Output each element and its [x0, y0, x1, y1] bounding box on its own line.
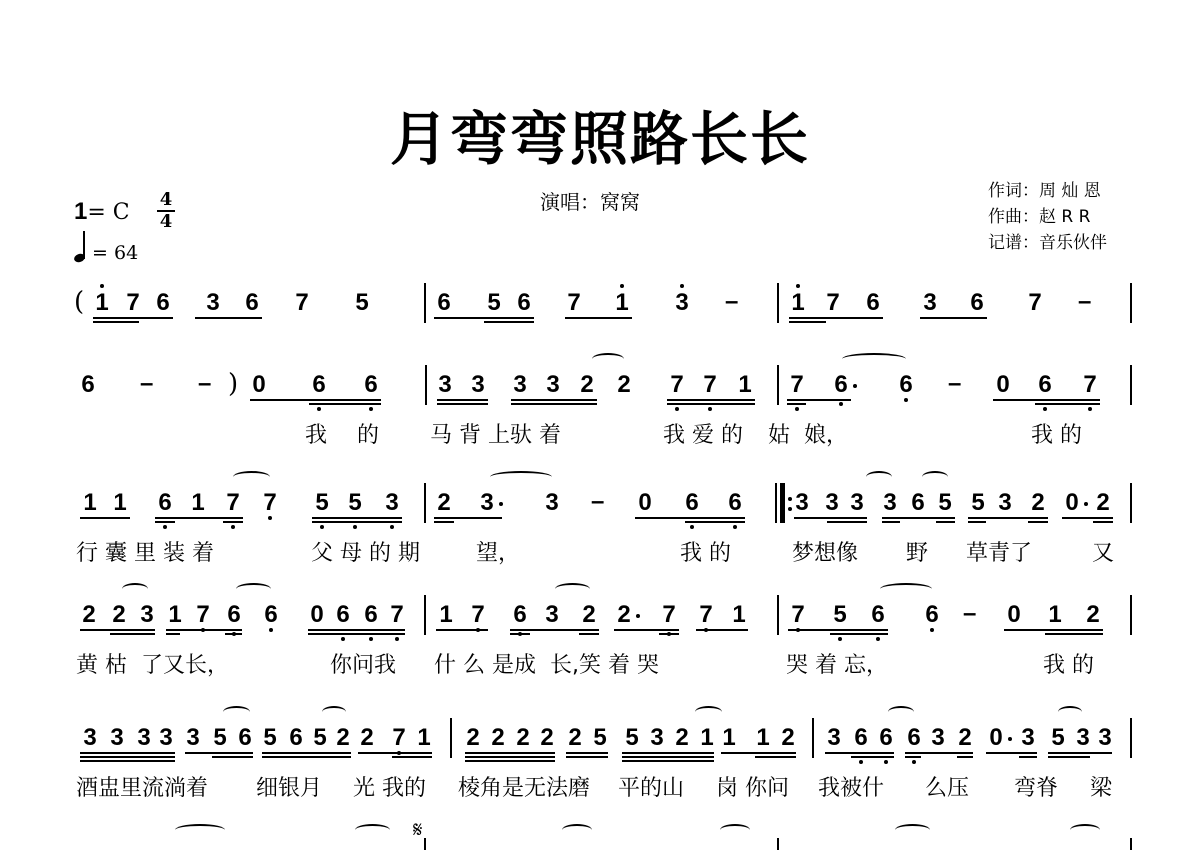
lyric: 马 背 上驮 着 — [430, 423, 561, 449]
octave-dot-below — [320, 525, 324, 529]
note-6: 6 — [725, 489, 745, 517]
lyric: 我 的 — [1043, 653, 1094, 679]
underline-beam — [434, 521, 454, 523]
note-6: 6 — [261, 601, 281, 629]
lyric: 你问我 — [330, 653, 396, 679]
underline-beam — [80, 752, 175, 754]
underline-beam — [614, 629, 679, 631]
note-6: 6 — [333, 601, 353, 629]
note-2: 2 — [614, 371, 634, 399]
note-2: 2 — [778, 724, 798, 752]
lyric: 哭 着 忘， — [786, 653, 888, 679]
note-6: 6 — [868, 601, 888, 629]
underline-beam — [986, 752, 1037, 754]
note-7: 7 — [292, 289, 312, 317]
tempo-value: = 64 — [92, 242, 138, 264]
note-2: 2 — [614, 601, 634, 629]
underline-beam — [155, 521, 175, 523]
underline-beam — [788, 629, 888, 631]
augmentation-dot — [853, 384, 857, 388]
augmentation-dot — [1008, 737, 1012, 741]
octave-dot-below — [1088, 407, 1092, 411]
note-3: 3 — [137, 601, 157, 629]
note-3: 3 — [107, 724, 127, 752]
note-7: 7 — [787, 371, 807, 399]
note-5: 5 — [484, 289, 504, 317]
barline — [424, 483, 426, 523]
underline-beam — [212, 756, 253, 758]
augmentation-dot — [636, 614, 640, 618]
note-5: 5 — [352, 289, 372, 317]
song-title: 月弯弯照路长长 — [0, 92, 1200, 176]
time-signature: 4 4 — [156, 190, 176, 232]
lyric: 黄 枯 了又长， — [76, 653, 229, 679]
underline-beam — [622, 756, 714, 758]
note-1: 1 — [80, 489, 100, 517]
underline-beam — [262, 756, 351, 758]
note-1: 1 — [1045, 601, 1065, 629]
underline-beam — [510, 629, 599, 631]
note-3: 3 — [928, 724, 948, 752]
barline — [1130, 283, 1132, 323]
note-5: 5 — [345, 489, 365, 517]
lyric: 平的山 — [618, 776, 684, 802]
note-1: 1 — [753, 724, 773, 752]
note-3: 3 — [382, 489, 402, 517]
underline-beam — [968, 521, 986, 523]
barline — [425, 365, 427, 405]
underline-beam — [434, 517, 502, 519]
repeat-thick-bar — [780, 483, 785, 523]
underline-beam — [250, 399, 381, 401]
note-2: 2 — [579, 601, 599, 629]
underline-beam — [93, 321, 139, 323]
note-6: 6 — [851, 724, 871, 752]
barline — [1130, 838, 1132, 850]
lyric: 我被什 — [818, 776, 884, 802]
underline-beam — [308, 633, 405, 635]
note-1: 1 — [729, 601, 749, 629]
underline-beam — [93, 317, 173, 319]
note-7: 7 — [667, 371, 687, 399]
lyric: 细银月 — [256, 776, 322, 802]
note-6: 6 — [514, 289, 534, 317]
barline — [1130, 718, 1132, 758]
underline-beam — [830, 633, 888, 635]
note-6: 6 — [361, 371, 381, 399]
underline-beam — [622, 760, 714, 762]
barline — [777, 283, 779, 323]
underline-beam — [566, 752, 608, 754]
note-7: 7 — [564, 289, 584, 317]
lyric: 我 的 — [680, 541, 731, 567]
octave-dot-below — [904, 398, 908, 402]
lyricist-credit: 作词：周 灿 恩 — [988, 178, 1107, 204]
note-0: 0 — [307, 601, 327, 629]
underline-beam — [1004, 629, 1103, 631]
slur-tie — [895, 824, 930, 836]
octave-dot-above — [100, 284, 104, 288]
segno-icon: 𝄋 — [413, 818, 422, 843]
note-2: 2 — [577, 371, 597, 399]
underline-beam — [1035, 403, 1100, 405]
octave-dot-below — [163, 525, 167, 529]
octave-dot-below — [341, 637, 345, 641]
underline-beam — [437, 399, 488, 401]
note-3: 3 — [672, 289, 692, 317]
underline-beam — [510, 633, 530, 635]
note-6: 6 — [922, 601, 942, 629]
slur-tie — [880, 583, 932, 595]
note-0: 0 — [993, 371, 1013, 399]
slur-tie — [842, 353, 906, 365]
note-6: 6 — [309, 371, 329, 399]
note-6: 6 — [434, 289, 454, 317]
underline-beam — [155, 517, 243, 519]
underline-beam — [465, 752, 555, 754]
dash-sustain: – — [591, 488, 604, 516]
slur-tie — [562, 824, 592, 836]
lyric: 光 我的 — [353, 776, 426, 802]
lyric: 酒盅里流淌着 — [76, 776, 208, 802]
underline-beam — [825, 752, 894, 754]
barline — [424, 838, 426, 850]
underline-beam — [635, 517, 745, 519]
transcriber-credit: 记谱：音乐伙伴 — [988, 230, 1107, 256]
underline-beam — [968, 517, 1048, 519]
note-1: 1 — [165, 601, 185, 629]
underline-beam — [565, 317, 632, 319]
slur-tie — [122, 583, 148, 595]
note-5: 5 — [210, 724, 230, 752]
note-3: 3 — [1073, 724, 1093, 752]
octave-dot-below — [231, 525, 235, 529]
underline-beam — [511, 399, 597, 401]
augmentation-dot — [499, 502, 503, 506]
underline-beam — [905, 752, 973, 754]
note-7: 7 — [223, 489, 243, 517]
underline-beam — [110, 633, 155, 635]
credits-block: 作词：周 灿 恩 作曲：赵 R R 记谱：音乐伙伴 — [988, 178, 1107, 256]
note-3: 3 — [80, 724, 100, 752]
note-6: 6 — [908, 489, 928, 517]
barline — [1130, 483, 1132, 523]
dash-sustain: – — [198, 370, 211, 398]
note-7: 7 — [823, 289, 843, 317]
note-0: 0 — [986, 724, 1006, 752]
key-signature: 1= C — [74, 198, 130, 226]
slur-tie — [695, 706, 722, 718]
underline-beam — [920, 317, 987, 319]
note-2: 2 — [488, 724, 508, 752]
slur-tie — [322, 706, 346, 718]
note-3: 3 — [792, 489, 812, 517]
note-0: 0 — [635, 489, 655, 517]
slur-tie — [555, 583, 590, 595]
note-3: 3 — [477, 489, 497, 517]
underline-beam — [262, 752, 351, 754]
repeat-thin-bar — [775, 483, 777, 523]
octave-dot-below — [795, 407, 799, 411]
note-5: 5 — [830, 601, 850, 629]
note-3: 3 — [1095, 724, 1115, 752]
underline-beam — [166, 633, 180, 635]
note-7: 7 — [788, 601, 808, 629]
note-6: 6 — [904, 724, 924, 752]
lyric: 行 囊 里 装 着 — [76, 541, 214, 567]
octave-dot-below — [369, 637, 373, 641]
barline — [777, 365, 779, 405]
underline-beam — [312, 521, 402, 523]
octave-dot-below — [369, 407, 373, 411]
underline-beam — [566, 756, 608, 758]
octave-dot-below — [353, 525, 357, 529]
dash-sustain: – — [963, 600, 976, 628]
note-2: 2 — [537, 724, 557, 752]
lyric: 岗 你问 — [716, 776, 789, 802]
underline-beam — [511, 403, 597, 405]
underline-beam — [80, 756, 175, 758]
note-5: 5 — [622, 724, 642, 752]
note-2: 2 — [565, 724, 585, 752]
underline-beam — [851, 756, 894, 758]
note-3: 3 — [822, 489, 842, 517]
lyric: 棱角是无法磨 — [458, 776, 590, 802]
note-1: 1 — [788, 289, 808, 317]
underline-beam — [755, 756, 796, 758]
note-5: 5 — [260, 724, 280, 752]
note-3: 3 — [183, 724, 203, 752]
underline-beam — [185, 752, 253, 754]
underline-beam — [721, 752, 796, 754]
note-1: 1 — [697, 724, 717, 752]
underline-beam — [484, 321, 534, 323]
note-7: 7 — [389, 724, 409, 752]
key-tonic: 1 — [74, 198, 87, 225]
dash-sustain: – — [1078, 288, 1091, 316]
slur-tie — [233, 471, 270, 483]
octave-dot-below — [876, 637, 880, 641]
underline-beam — [1048, 756, 1090, 758]
note-1: 1 — [735, 371, 755, 399]
note-2: 2 — [1028, 489, 1048, 517]
slur-tie — [888, 706, 914, 718]
note-5: 5 — [590, 724, 610, 752]
octave-dot-below — [317, 407, 321, 411]
slur-tie — [175, 824, 225, 836]
octave-dot-below — [912, 760, 916, 764]
octave-dot-below — [859, 760, 863, 764]
note-7: 7 — [387, 601, 407, 629]
underline-beam — [1019, 756, 1037, 758]
note-3: 3 — [134, 724, 154, 752]
note-6: 6 — [224, 601, 244, 629]
note-3: 3 — [510, 371, 530, 399]
barline — [777, 595, 779, 635]
note-6: 6 — [155, 489, 175, 517]
note-1: 1 — [110, 489, 130, 517]
octave-dot-above — [796, 284, 800, 288]
note-3: 3 — [847, 489, 867, 517]
underline-beam — [685, 521, 745, 523]
octave-dot-below — [884, 760, 888, 764]
underline-beam — [80, 517, 130, 519]
lyric: 梦想像 — [792, 541, 858, 567]
underline-beam — [789, 317, 883, 319]
lyric: 父 母 的 期 — [311, 541, 420, 567]
singer-credit: 演唱：窝窝 — [540, 186, 640, 215]
note-2: 2 — [333, 724, 353, 752]
barline — [812, 718, 814, 758]
note-6: 6 — [361, 601, 381, 629]
lyric: 的 — [357, 423, 379, 449]
dash-sustain: – — [725, 288, 738, 316]
note-3: 3 — [824, 724, 844, 752]
barline — [424, 595, 426, 635]
slur-tie — [592, 353, 624, 365]
underline-beam — [437, 403, 488, 405]
lyric: 野 — [906, 541, 928, 567]
note-2: 2 — [109, 601, 129, 629]
slur-tie — [720, 824, 750, 836]
underline-beam — [993, 399, 1100, 401]
slur-tie — [1070, 824, 1100, 836]
underline-beam — [957, 756, 973, 758]
note-3: 3 — [920, 289, 940, 317]
note-6: 6 — [967, 289, 987, 317]
octave-dot-below — [268, 516, 272, 520]
slur-tie — [1058, 706, 1082, 718]
time-sig-bottom: 4 — [156, 212, 176, 232]
underline-beam — [882, 521, 900, 523]
note-3: 3 — [203, 289, 223, 317]
lyric: 梁 — [1090, 776, 1112, 802]
octave-dot-above — [680, 284, 684, 288]
octave-dot-below — [690, 525, 694, 529]
underline-beam — [223, 521, 243, 523]
underline-beam — [667, 399, 755, 401]
underline-beam — [1045, 633, 1103, 635]
note-6: 6 — [235, 724, 255, 752]
barline — [1130, 365, 1132, 405]
octave-dot-below — [930, 628, 934, 632]
note-6: 6 — [682, 489, 702, 517]
note-7: 7 — [696, 601, 716, 629]
note-2: 2 — [1093, 489, 1113, 517]
note-5: 5 — [935, 489, 955, 517]
underline-beam — [358, 752, 432, 754]
underline-beam — [905, 756, 921, 758]
note-6: 6 — [831, 371, 851, 399]
underline-beam — [787, 403, 806, 405]
note-7: 7 — [659, 601, 679, 629]
augmentation-dot — [1084, 502, 1088, 506]
note-6: 6 — [242, 289, 262, 317]
underline-beam — [312, 517, 402, 519]
key-text: = C — [87, 200, 129, 225]
note-3: 3 — [1018, 724, 1038, 752]
note-2: 2 — [955, 724, 975, 752]
underline-beam — [166, 629, 242, 631]
note-3: 3 — [468, 371, 488, 399]
note-2: 2 — [513, 724, 533, 752]
note-6: 6 — [286, 724, 306, 752]
note-7: 7 — [193, 601, 213, 629]
slur-tie — [223, 706, 250, 718]
quarter-note-icon — [74, 232, 86, 264]
underline-beam — [936, 521, 955, 523]
octave-dot-below — [269, 628, 273, 632]
octave-dot-below — [733, 525, 737, 529]
note-7: 7 — [260, 489, 280, 517]
dash-sustain: – — [948, 370, 961, 398]
underline-beam — [309, 403, 381, 405]
note-2: 2 — [463, 724, 483, 752]
octave-dot-above — [620, 284, 624, 288]
note-3: 3 — [435, 371, 455, 399]
underline-beam — [696, 629, 748, 631]
slur-tie — [490, 471, 552, 483]
paren-open: ( — [74, 288, 84, 316]
lyric: 什 么 是成 长,笑 着 哭 — [434, 653, 659, 679]
lyric: 望， — [476, 541, 520, 567]
tempo-marking: = 64 — [74, 232, 138, 264]
underline-beam — [465, 760, 555, 762]
lyric: 我 的 — [1031, 423, 1082, 449]
note-3: 3 — [995, 489, 1015, 517]
underline-beam — [80, 760, 175, 762]
note-1: 1 — [188, 489, 208, 517]
note-5: 5 — [968, 489, 988, 517]
octave-dot-below — [839, 402, 843, 406]
underline-beam — [308, 629, 405, 631]
octave-dot-below — [395, 637, 399, 641]
note-7: 7 — [1025, 289, 1045, 317]
underline-beam — [579, 633, 599, 635]
lyric: 弯脊 — [1014, 776, 1058, 802]
slur-tie — [355, 824, 390, 836]
note-0: 0 — [249, 371, 269, 399]
note-7: 7 — [123, 289, 143, 317]
lyric: 我 — [305, 423, 327, 449]
note-6: 6 — [510, 601, 530, 629]
underline-beam — [1093, 521, 1113, 523]
underline-beam — [195, 317, 262, 319]
underline-beam — [436, 629, 488, 631]
note-5: 5 — [310, 724, 330, 752]
note-7: 7 — [468, 601, 488, 629]
underline-beam — [789, 321, 826, 323]
underline-beam — [80, 629, 155, 631]
note-6: 6 — [896, 371, 916, 399]
note-6: 6 — [863, 289, 883, 317]
underline-beam — [465, 756, 555, 758]
octave-dot-below — [390, 525, 394, 529]
underline-beam — [827, 521, 867, 523]
underline-beam — [667, 403, 755, 405]
dash-sustain: – — [140, 370, 153, 398]
note-3: 3 — [647, 724, 667, 752]
note-1: 1 — [719, 724, 739, 752]
lyric: 草青了 — [966, 541, 1032, 567]
underline-beam — [659, 633, 679, 635]
note-1: 1 — [92, 289, 112, 317]
note-5: 5 — [312, 489, 332, 517]
note-3: 3 — [542, 601, 562, 629]
slur-tie — [922, 471, 948, 483]
note-0: 0 — [1004, 601, 1024, 629]
note-3: 3 — [543, 371, 563, 399]
